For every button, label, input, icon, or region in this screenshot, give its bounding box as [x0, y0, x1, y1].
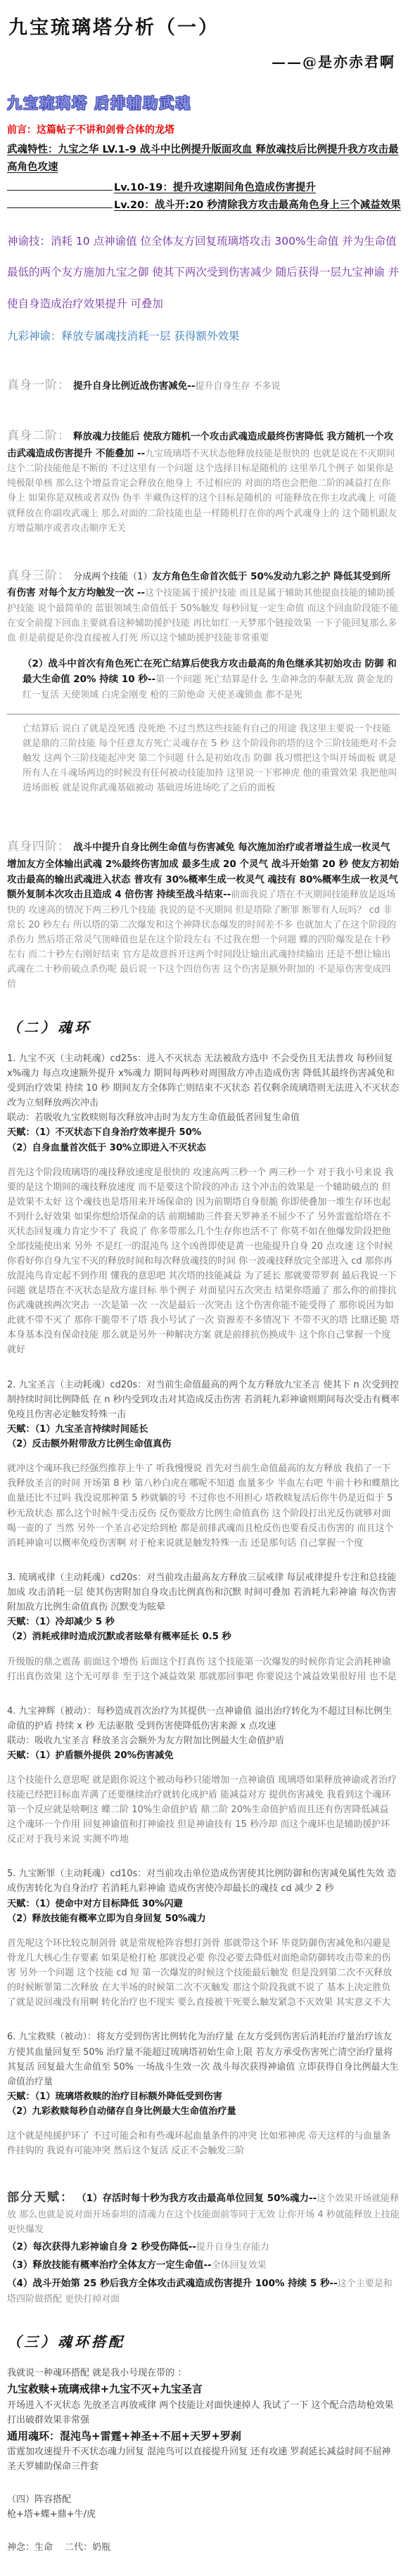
- stage3-part2-comment-cont: 亡结算后 说白了就是没死透 没死绝 不过当然这些技能有自己的用途 我这里主要说一…: [23, 724, 397, 793]
- page-break-divider: [7, 714, 400, 715]
- lineup-heading: （四）阵容搭配: [7, 2492, 400, 2507]
- section-heading-ring-combos: （三）魂环搭配: [7, 2331, 400, 2353]
- subtitle-banner: 九宝琉璃塔 后排辅助武魂: [7, 91, 400, 115]
- ring1-block: 1. 九宝不灭（主动耗魂）cd25s：进入不灭状态 无法被敌方选中 不会受伤且无…: [7, 1051, 400, 1358]
- ring3-talent1: 天赋：（1）冷却减少 5 秒: [7, 1615, 400, 1629]
- stage3-part2-continued: 亡结算后 说白了就是没死透 没死绝 不过当然这些技能有自己的用途 我这里主要说一…: [23, 722, 400, 795]
- partial-talent3-comment: 全体回复效果: [212, 2260, 267, 2271]
- ring5-title: 5. 九宝断罪（主动耗魂）cd10s：对当前攻击单位造成伤害使其比例防御和伤害减…: [7, 1866, 400, 1896]
- combo-explanation-2: 雷霆加攻速提升不灭状态魂力回复 混沌鸟可以直接提升回复 还有攻速 罗刹延长减益时…: [7, 2444, 400, 2474]
- ring5-commentary: 首先呢这个环比较克制剑骨 就是常规枪阵容想打剑骨 那就带这个环 毕竟防御伤害减免…: [7, 1936, 400, 2010]
- trait-lv10-line: Lv.10-19：提升攻速期间角色造成伤害提升: [7, 180, 400, 196]
- ring2-commentary: 就冲这个魂环我已经强烈推荐上牛了 听我慢慢说 首先对当前生命值最高的友方释放 我…: [7, 1461, 400, 1550]
- combo-set-2: 通用魂环：混沌鸟+雷霆+神圣+不屈+天罗+罗刹: [7, 2428, 400, 2444]
- ring1-talent1: 天赋：（1）不灭状态下自身治疗效率提升 50%: [7, 1125, 400, 1140]
- ring1-talent2: （2）自身血量首次低于 30%立即进入不灭状态: [7, 1141, 400, 1155]
- ring5-talent2: （2）释放技能有概率立即为自身回复 50%魂力: [7, 1911, 400, 1926]
- stage1-label: 真身一阶：: [7, 378, 70, 392]
- combo-intro-line: 我就说一种魂环搭配 就是我小号现在带的 ：: [7, 2366, 400, 2380]
- ring3-title: 3. 琉璃戒律（主动耗魂）cd20s：对当前攻击最高友方释放三层戒律 每层戒律提…: [7, 1570, 400, 1615]
- stage3-intro: 分成两个技能（1）: [73, 572, 152, 582]
- partial-talent4-bold: （4）战斗开始第 25 秒后我方全体攻击武魂造成伤害提升 100% 持续 5 秒…: [7, 2278, 338, 2289]
- ring4-commentary: 这个技能什么意思呢 就是跟你说这个被动每秒只能增加一点神谕值 琉璃塔如果释放神谕…: [7, 1773, 400, 1847]
- section-heading-soul-rings: （二）魂环: [7, 1016, 400, 1039]
- stage1-paragraph: 真身一阶： 提升自身比例近战伤害减免--提升自身生存 不多说: [7, 376, 400, 396]
- ring2-talent1: 天赋：（1）九宝圣言持续时间延长: [7, 1422, 400, 1437]
- partial-talent1-bold: （1）存活时每十秒为我方攻击最高单位回复 50%魂力--: [77, 2193, 317, 2204]
- tab-leader-line: [7, 180, 113, 191]
- ring5-talent1: 天赋：（1）使命中对方目标降低 30%闪避: [7, 1897, 400, 1911]
- ring6-block: 6. 九宝救赎（被动）：将友方受到伤害比例转化为治疗量 在友方受到伤害后消耗治疗…: [7, 2030, 400, 2158]
- stage4-comment: 前面我说了塔在不灭期间技能释放是返场快的 攻速高的情况下两三秒几个技能 我说的是…: [7, 890, 396, 989]
- stage4-paragraph: 真身四阶： 战斗中提升自身比例生命值与伤害减免 每次施加治疗或者增益生成一枚灵气…: [7, 838, 400, 992]
- final-gear-line: 神念：生命 二代：奶瓶: [7, 2540, 400, 2555]
- ring2-talent2: （2）反击额外附带敌方比例生命值真伤: [7, 1437, 400, 1452]
- combo-explanation-1: 开场进入不灭状态 先放圣言再放戒律 两个技能让对面快速掉人 我试了一下 这个配合…: [7, 2398, 400, 2428]
- stage2-comment: 九宝琉璃塔不灭状态他释放技能是很快的 也就是说在不灭期间这个二阶技能他是不断的 …: [7, 449, 397, 534]
- stage3-paragraph: 真身三阶： 分成两个技能（1）友方角色生命首次低于 50%发动九彩之护 降低其受…: [7, 567, 400, 646]
- stage2-label: 真身二阶：: [7, 429, 70, 443]
- spacer: [7, 407, 400, 427]
- ring3-talent2: （2）消耗戒律时造成沉默或者眩晕有概率延长 0.5 秒: [7, 1629, 400, 1644]
- partial-talents-label: 部分天赋：: [7, 2191, 74, 2205]
- author-signature: ——@是亦赤君啊: [7, 51, 395, 73]
- spacer: [7, 807, 400, 838]
- partial-talents-item1: 部分天赋： （1）存活时每十秒为我方攻击最高单位回复 50%魂力--这个效果开场…: [7, 2189, 400, 2238]
- ring1-commentary: 首先这个阶段琉璃塔的魂技释放速度是很快的 攻速高两三秒一个 两三秒一个 对于我小…: [7, 1165, 400, 1358]
- lineup-composition: 枪+塔+蝶+鼎+牛/虎: [7, 2507, 400, 2522]
- partial-talents-item2: （2）每次获得九彩神谕自身 2 秒受伤降低--提升自身生存能力: [7, 2240, 400, 2255]
- ring6-talent2: （2）九彩救赎每秒自动储存自身比例最大生命值治疗量: [7, 2104, 400, 2119]
- ring6-title: 6. 九宝救赎（被动）：将友方受到伤害比例转化为治疗量 在友方受到伤害后消耗治疗…: [7, 2030, 400, 2089]
- ring4-link: 联动：吸收九宝圣言 释放圣言会额外为友方附加比例最大生命值护盾: [7, 1734, 400, 1748]
- spacer: [7, 547, 400, 567]
- ring6-talent1: 天赋：（1）琉璃塔救赎的治疗目标额外降低受到伤害: [7, 2089, 400, 2104]
- stage1-comment: 提升自身生存 不多说: [195, 381, 280, 392]
- ring5-block: 5. 九宝断罪（主动耗魂）cd10s：对当前攻击单位造成伤害使其比例防御和伤害减…: [7, 1866, 400, 2010]
- stage3-part2-paragraph: （2）战斗中首次有角色死亡在死亡结算后使我方攻击最高的角色继承其初始攻击 防御 …: [23, 657, 400, 703]
- ring4-block: 4. 九宝神辉（被动）：每秒造成首次治疗为其提供一点神谕值 溢出治疗转化为不超过…: [7, 1704, 400, 1847]
- partial-talent3-bold: （3）释放技能有概率治疗全体友方一定生命值--: [7, 2260, 212, 2271]
- ring3-block: 3. 琉璃戒律（主动耗魂）cd20s：对当前攻击最高友方释放三层戒律 每层戒律提…: [7, 1570, 400, 1684]
- ring4-talent1: 天赋：（1）护盾额外提供 20%伤害减免: [7, 1748, 400, 1763]
- trait-lv20-line: Lv.20：战斗开:20 秒清除我方攻击最高角色身上三个减益效果: [7, 198, 400, 214]
- spacer: [7, 2179, 400, 2189]
- combo-set-1: 九宝救赎+琉璃戒律+九宝不灭+九宝圣言: [7, 2380, 400, 2397]
- oracle-skill-paragraph: 神谕技：消耗 10 点神谕值 位全体友方回复琉璃塔攻击 300%生命值 并为生命…: [7, 226, 400, 321]
- page-title: 九宝琉璃塔分析（一）: [8, 13, 400, 44]
- trait-lv20-text: Lv.20：战斗开:20 秒清除我方攻击最高角色身上三个减益效果: [114, 200, 401, 211]
- ring1-title: 1. 九宝不灭（主动耗魂）cd25s：进入不灭状态 无法被敌方选中 不会受伤且无…: [7, 1051, 400, 1110]
- partial-talents-item4: （4）战斗开始第 25 秒后我方全体攻击武魂造成伤害提升 100% 持续 5 秒…: [7, 2276, 400, 2307]
- ring2-title: 2. 九宝圣言（主动耗魂）cd20s：对当前生命值最高的两个友方释放九宝圣言 使…: [7, 1378, 400, 1422]
- partial-talent2-comment: 提升自身生存能力: [196, 2242, 269, 2253]
- partial-talents-item3: （3）释放技能有概率治疗全体友方一定生命值--全体回复效果: [7, 2258, 400, 2274]
- spirit-trait: 武魂特性：九宝之华 LV.1-9 战斗中比例提升版面攻血 释放魂技后比例提升我方…: [7, 141, 400, 177]
- stage3-label: 真身三阶：: [7, 569, 70, 583]
- stage4-label: 真身四阶：: [7, 840, 70, 854]
- trait-lv10-text: Lv.10-19：提升攻速期间角色造成伤害提升: [114, 182, 316, 193]
- ring3-commentary: 升级版的鼎之震荡 前面这个增伤 后面这个打真伤 这个技能第一次爆发的时候你肯定会…: [7, 1655, 400, 1684]
- nine-color-oracle-line: 九彩神谕：释放专属魂技消耗一层 获得额外效果: [7, 324, 400, 348]
- ring4-title: 4. 九宝神辉（被动）：每秒造成首次治疗为其提供一点神谕值 溢出治疗转化为不超过…: [7, 1704, 400, 1734]
- tab-leader-line: [7, 198, 113, 208]
- ring1-link: 联动：若吸收九宝救赎则每次释放冲击时为友方生命值最低者回复生命值: [7, 1110, 400, 1125]
- ring2-block: 2. 九宝圣言（主动耗魂）cd20s：对当前生命值最高的两个友方释放九宝圣言 使…: [7, 1378, 400, 1551]
- partial-talent2-bold: （2）每次获得九彩神谕自身 2 秒受伤降低--: [7, 2241, 196, 2253]
- document-page: 九宝琉璃塔分析（一） ——@是亦赤君啊 九宝琉璃塔 后排辅助武魂 前言：这篇帖子…: [0, 0, 408, 2576]
- stage1-skill: 提升自身比例近战伤害减免--: [73, 380, 195, 392]
- preface-note: 前言：这篇帖子不讲和剑骨合体的龙塔: [7, 122, 400, 139]
- ring6-commentary: 这个就是纯援护环了 不过可能会和有些魂环起血量条件的冲突 比如邪神虎 帝天这样的…: [7, 2129, 400, 2158]
- stage2-paragraph: 真身二阶： 释放魂力技能后 使敌方随机一个攻击武魂造成最终伤害降低 我方随机一个…: [7, 427, 400, 536]
